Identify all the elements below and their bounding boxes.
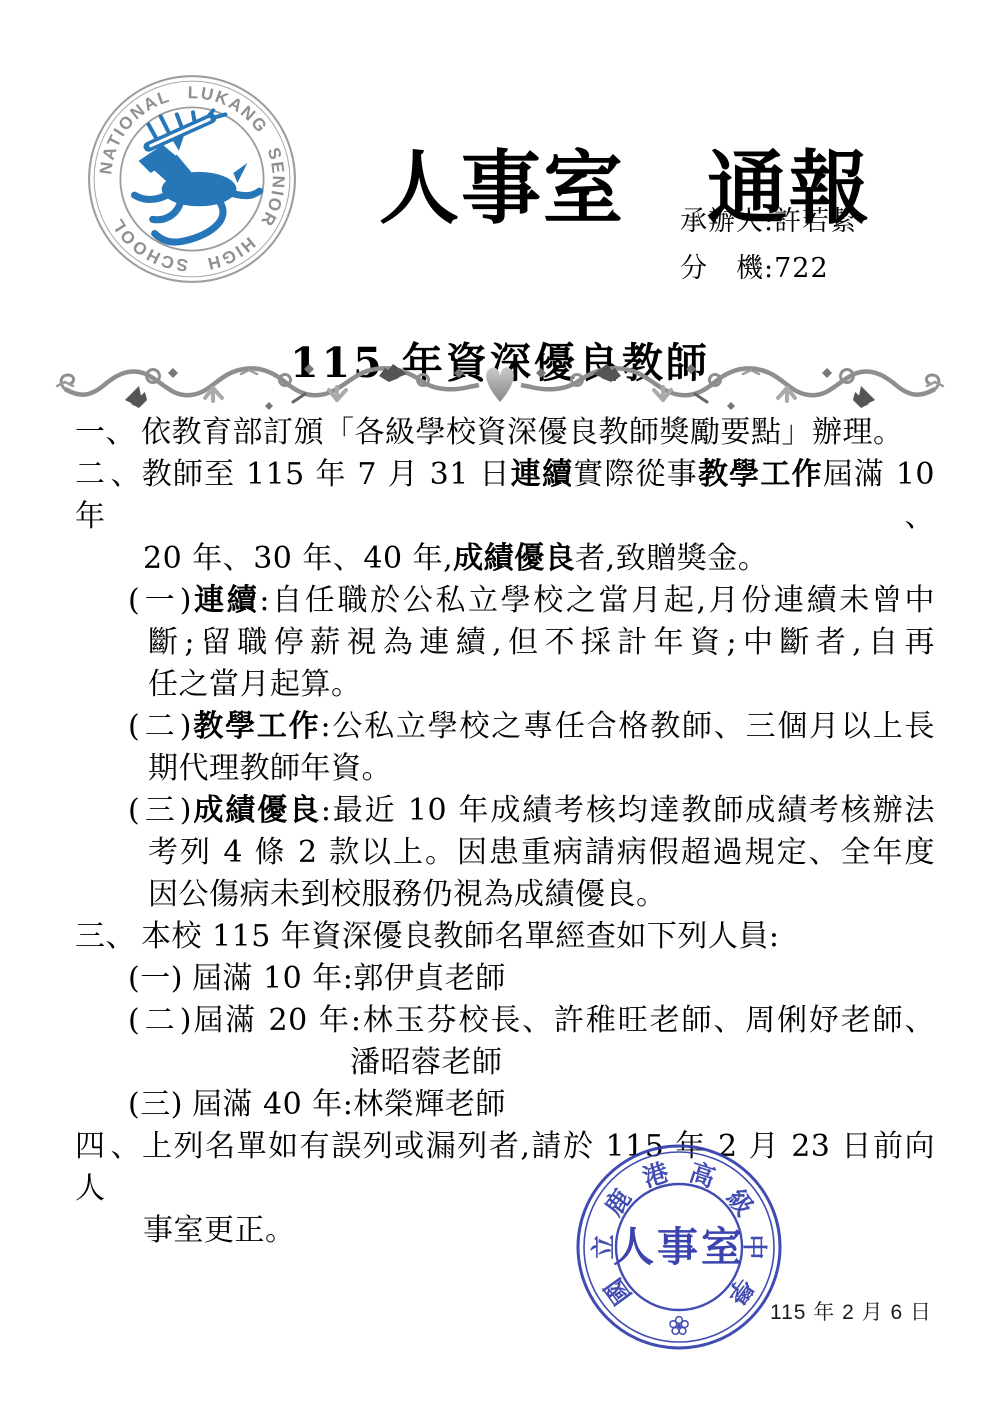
emphasized-text: 連續 bbox=[192, 583, 259, 618]
stamp-center-text: 人事室 bbox=[613, 1223, 745, 1271]
list-marker: (二) bbox=[128, 706, 192, 748]
body-line: 斷;留職停薪視為連續,但不採計年資;中斷者,自再 bbox=[75, 622, 935, 664]
list-marker: 三、 bbox=[75, 916, 141, 958]
body-line: 任之當月起算。 bbox=[75, 664, 935, 706]
body-line: 考列 4 條 2 款以上。因患重病請病假超過規定、全年度 bbox=[75, 832, 935, 874]
emphasized-text: 成績優良 bbox=[192, 793, 321, 828]
body-text: 實際從事 bbox=[573, 457, 698, 492]
body-text: 事室更正。 bbox=[143, 1213, 296, 1248]
body-line: (一)連續:自任職於公私立學校之當月起,月份連續未曾中 bbox=[75, 580, 935, 622]
extension-row: 分 機:722 bbox=[680, 245, 858, 292]
handler-label: 承辦人: bbox=[680, 206, 774, 237]
document-date: 115 年 2 月 6 日 bbox=[770, 1296, 932, 1326]
body-line: 三、本校 115 年資深優良教師名單經查如下列人員: bbox=[75, 916, 935, 958]
personnel-office-stamp: 國立鹿港高級中學 人事室 bbox=[572, 1140, 786, 1354]
body-line: 四、上列名單如有誤列或漏列者,請於 115 年 2 月 23 日前向人 bbox=[75, 1126, 935, 1210]
stamp-ring-char: 國 bbox=[599, 1273, 637, 1310]
school-logo: NATIONAL LUKANG SENIOR HIGH SCHOOL bbox=[86, 68, 298, 290]
body-line: (二)教學工作:公私立學校之專任合格教師、三個月以上長 bbox=[75, 706, 935, 748]
body-text: 屆滿 40 年:林榮輝老師 bbox=[192, 1087, 506, 1122]
body-line: 潘昭蓉老師 bbox=[75, 1042, 935, 1084]
list-marker: (三) bbox=[128, 1084, 192, 1126]
stamp-ring-char: 港 bbox=[639, 1158, 672, 1193]
list-marker: 一、 bbox=[75, 412, 141, 454]
stamp-ring-char: 高 bbox=[686, 1158, 719, 1193]
handler-name: 許若絜 bbox=[774, 206, 858, 237]
handler-row: 承辦人:許若絜 bbox=[680, 198, 858, 245]
body-text: 屆滿 10 年:郭伊貞老師 bbox=[192, 961, 506, 996]
body-text: 任之當月起算。 bbox=[148, 667, 362, 702]
emphasized-text: 教學工作 bbox=[192, 709, 320, 744]
contact-block: 承辦人:許若絜 分 機:722 bbox=[680, 198, 858, 292]
body-text: 期代理教師年資。 bbox=[148, 751, 392, 786]
emphasized-text: 連續 bbox=[511, 457, 573, 492]
body-line: 因公傷病未到校服務仍視為成績優良。 bbox=[75, 874, 935, 916]
stamp-ring-char: 鹿 bbox=[599, 1184, 637, 1221]
body-line: 一、依教育部訂頒「各級學校資深優良教師獎勵要點」辦理。 bbox=[75, 412, 935, 454]
body-text: 20 年、30 年、40 年, bbox=[143, 541, 453, 576]
body-text: :自任職於公私立學校之當月起,月份連續未曾中 bbox=[259, 583, 935, 618]
body-text: 考列 4 條 2 款以上。因患重病請病假超過規定、全年度 bbox=[148, 835, 935, 870]
plum-blossom-icon bbox=[670, 1317, 688, 1335]
list-marker: (二) bbox=[128, 1000, 192, 1042]
body-line: 20 年、30 年、40 年,成績優良者,致贈獎金。 bbox=[75, 538, 935, 580]
list-marker: (三) bbox=[128, 790, 192, 832]
body-line: 期代理教師年資。 bbox=[75, 748, 935, 790]
body-text: :最近 10 年成績考核均達教師成績考核辦法 bbox=[321, 793, 935, 828]
body-line: 事室更正。 bbox=[75, 1210, 935, 1252]
extension-label: 分 機: bbox=[680, 253, 774, 284]
body-text: :公私立學校之專任合格教師、三個月以上長 bbox=[320, 709, 935, 744]
body-text: 屆滿 20 年:林玉芬校長、許稚旺老師、周俐妤老師、 bbox=[192, 1003, 935, 1038]
list-marker: (一) bbox=[128, 580, 192, 622]
body-text: 教師至 115 年 7 月 31 日 bbox=[141, 457, 511, 492]
body-line: (三)屆滿 40 年:林榮輝老師 bbox=[75, 1084, 935, 1126]
body-text: 斷;留職停薪視為連續,但不採計年資;中斷者,自再 bbox=[148, 625, 935, 660]
body-text: 者,致贈獎金。 bbox=[575, 541, 768, 576]
body-line: 二、教師至 115 年 7 月 31 日連續實際從事教學工作屆滿 10 年、 bbox=[75, 454, 935, 538]
personnel-office-notice-page: NATIONAL LUKANG SENIOR HIGH SCHOOL 人事室 通 bbox=[0, 0, 1000, 1414]
document-body: 一、依教育部訂頒「各級學校資深優良教師獎勵要點」辦理。二、教師至 115 年 7… bbox=[75, 412, 935, 1252]
list-marker: 二、 bbox=[75, 454, 141, 496]
body-text: 上列名單如有誤列或漏列者,請於 115 年 2 月 23 日前向人 bbox=[75, 1129, 935, 1206]
body-line: (三)成績優良:最近 10 年成績考核均達教師成績考核辦法 bbox=[75, 790, 935, 832]
extension-value: 722 bbox=[774, 253, 829, 284]
body-text: 因公傷病未到校服務仍視為成績優良。 bbox=[148, 877, 667, 912]
body-line: (一)屆滿 10 年:郭伊貞老師 bbox=[75, 958, 935, 1000]
emphasized-text: 成績優良 bbox=[453, 541, 575, 576]
stamp-ring-char: 級 bbox=[721, 1184, 759, 1221]
list-marker: (一) bbox=[128, 958, 192, 1000]
deer-logo-icon bbox=[134, 110, 259, 242]
decorative-divider bbox=[55, 356, 945, 414]
emphasized-text: 教學工作 bbox=[698, 457, 823, 492]
body-text: 潘昭蓉老師 bbox=[350, 1045, 503, 1080]
body-line: (二)屆滿 20 年:林玉芬校長、許稚旺老師、周俐妤老師、 bbox=[75, 1000, 935, 1042]
heart-icon bbox=[486, 367, 514, 402]
list-marker: 四、 bbox=[75, 1126, 141, 1168]
body-text: 本校 115 年資深優良教師名單經查如下列人員: bbox=[141, 919, 779, 954]
body-text: 依教育部訂頒「各級學校資深優良教師獎勵要點」辦理。 bbox=[141, 415, 904, 450]
